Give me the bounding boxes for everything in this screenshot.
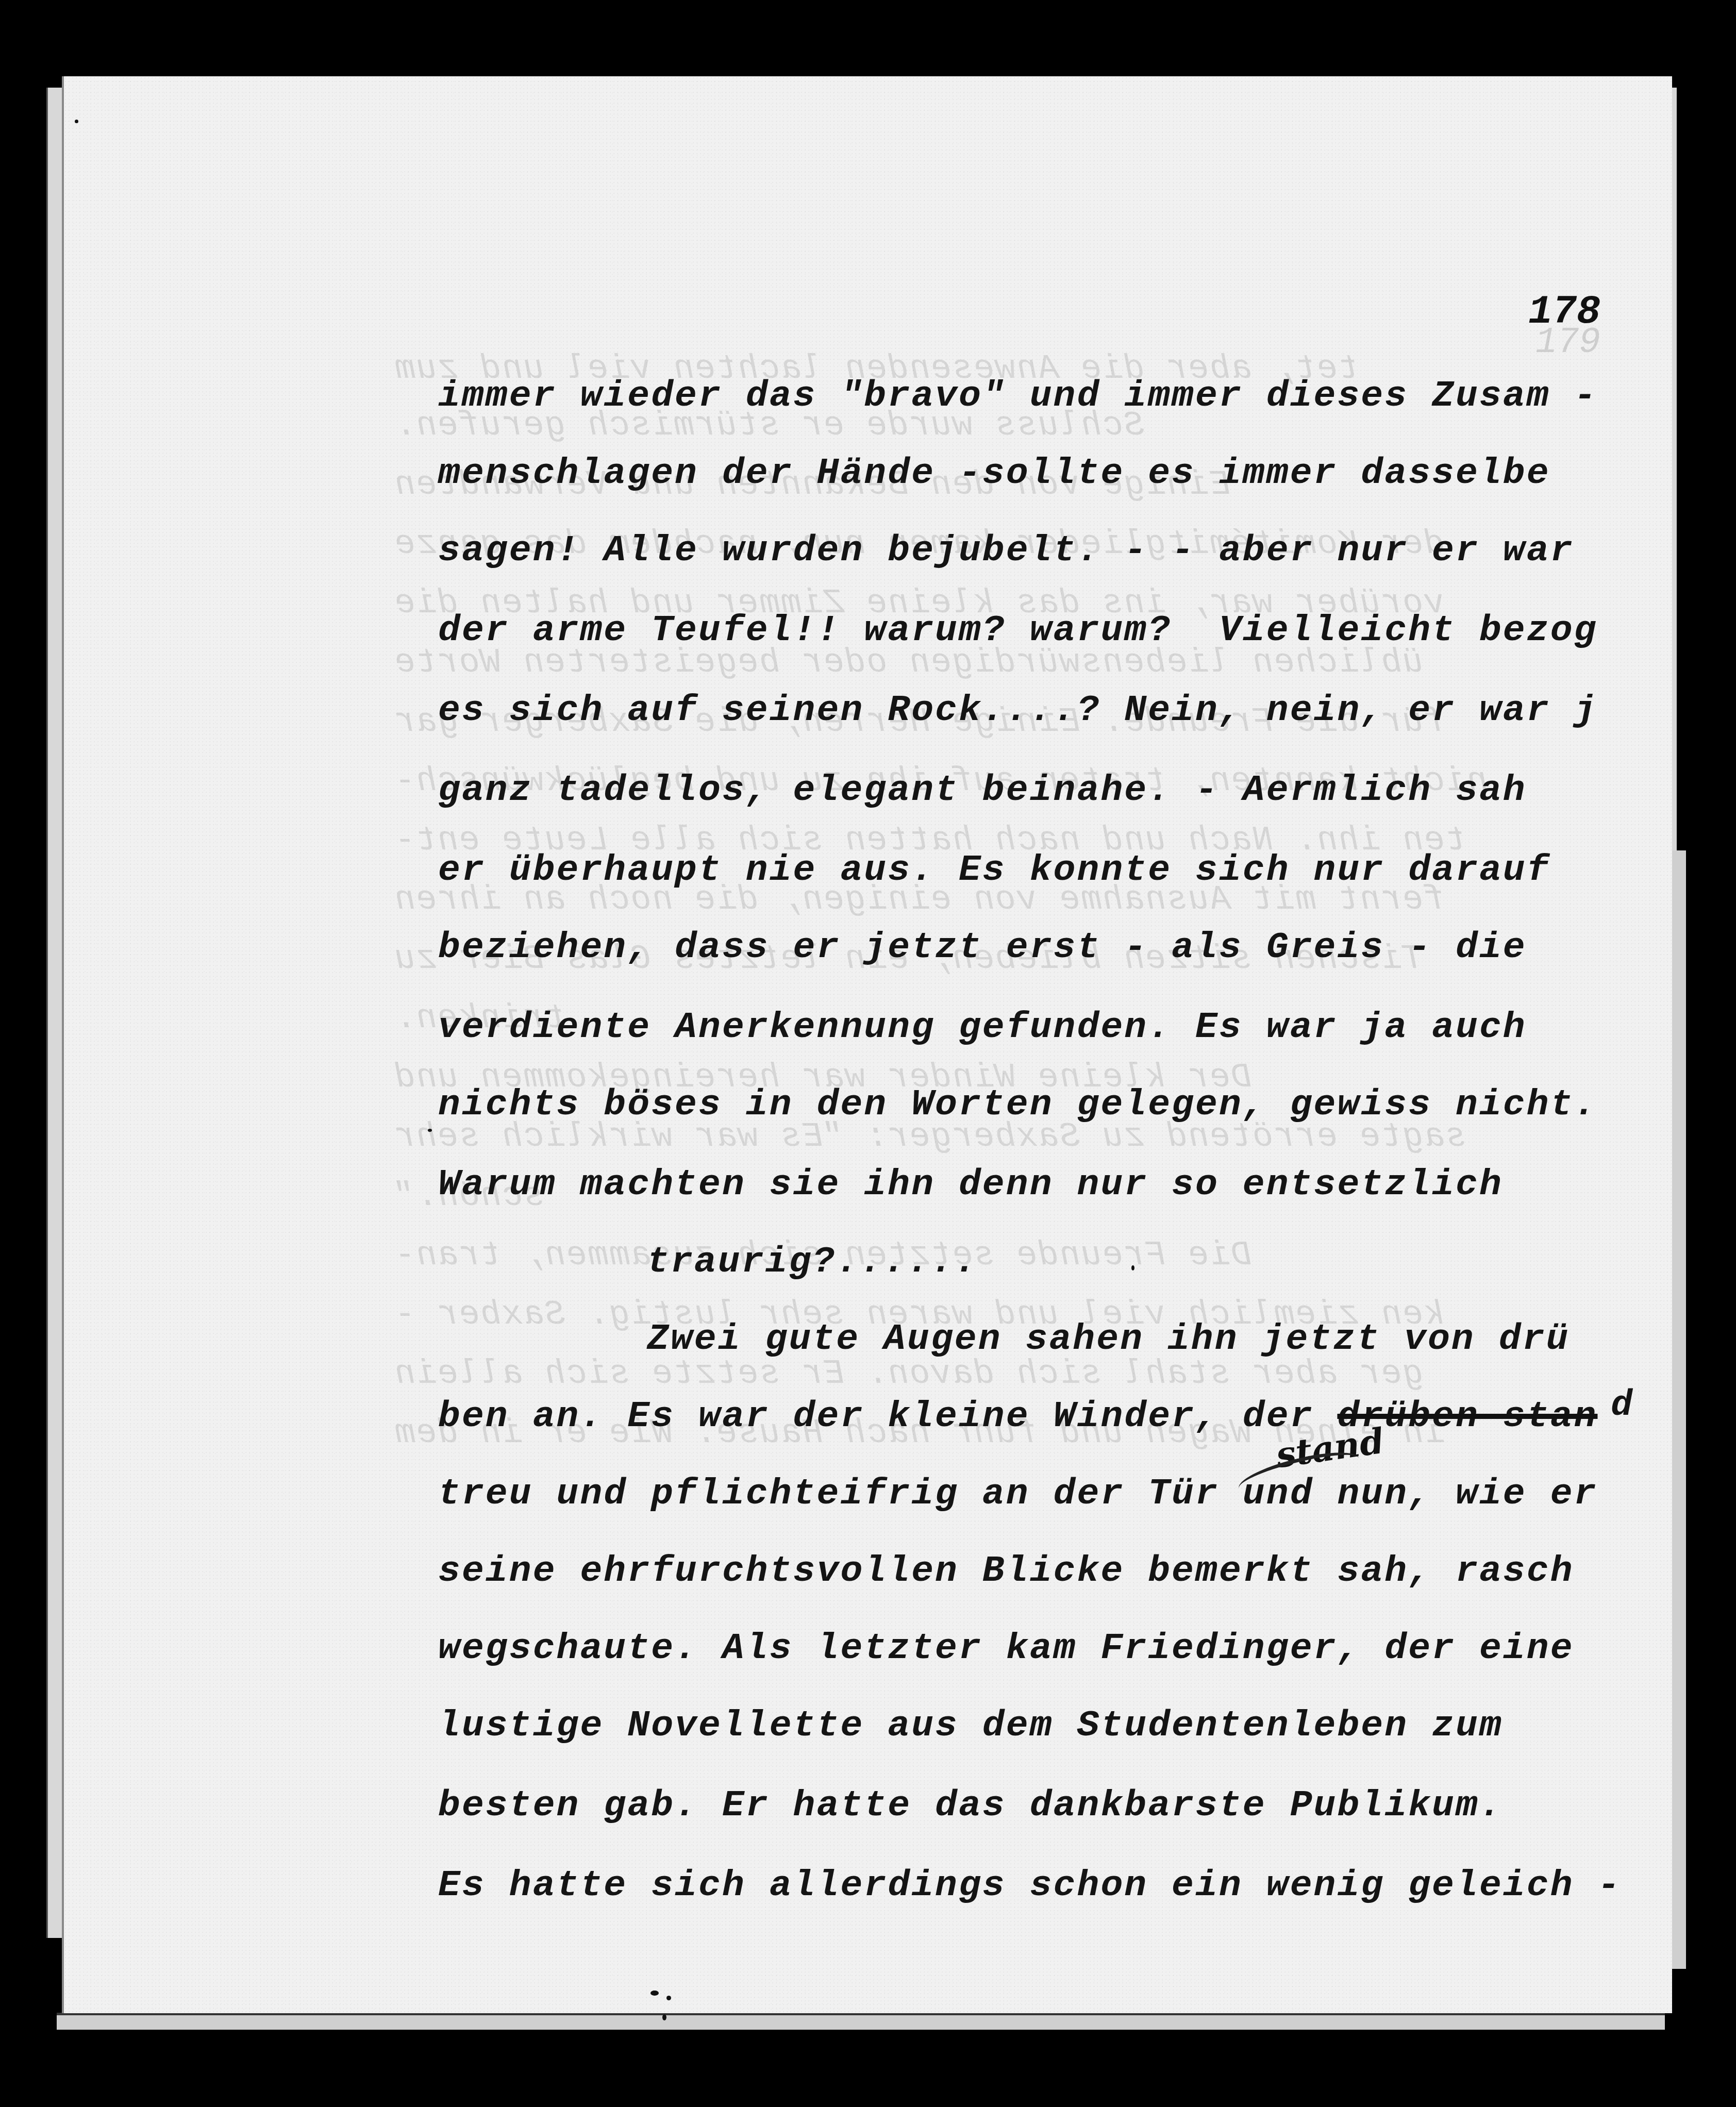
dust-speck <box>428 1129 432 1132</box>
struck-text-tail: d <box>1611 1385 1632 1426</box>
page-bottom-edge <box>57 2013 1665 2030</box>
text-line: beziehen, dass er jetzt erst - als Greis… <box>438 928 1527 968</box>
text-line: wegschaute. Als letzter kam Friedinger, … <box>438 1629 1574 1669</box>
text-segment: ben an. Es war der kleine Winder, der <box>438 1397 1337 1437</box>
text-line: er überhaupt nie aus. Es konnte sich nur… <box>438 850 1550 891</box>
dust-speck <box>75 120 78 123</box>
text-line: besten gab. Er hatte das dankbarste Publ… <box>438 1786 1503 1827</box>
dust-speck <box>662 2014 666 2020</box>
text-line-paragraph-start: Zwei gute Augen sahen ihn jetzt von drü <box>647 1319 1570 1360</box>
dust-speck <box>666 1996 671 2000</box>
page-number: 178 <box>1528 290 1600 335</box>
text-line: treu und pflichteifrig an der Tür und nu… <box>438 1474 1597 1515</box>
text-line: Warum machten sie ihn denn nur so entset… <box>438 1165 1503 1206</box>
dust-speck <box>1131 1265 1134 1270</box>
text-line: lustige Novellette aus dem Studentenlebe… <box>438 1706 1503 1747</box>
text-line: sagen! Alle wurden bejubelt. - - aber nu… <box>438 531 1574 572</box>
text-line: der arme Teufel!! warum? warum? Vielleic… <box>438 611 1597 651</box>
dust-speck <box>650 1991 659 1996</box>
text-line: menschlagen der Hände -sollte es immer d… <box>438 454 1550 494</box>
text-line: ganz tadellos, elegant beinahe. - Aermli… <box>438 771 1527 811</box>
text-line: verdiente Anerkennung gefunden. Es war j… <box>438 1008 1527 1048</box>
text-line: es sich auf seinen Rock....? Nein, nein,… <box>438 691 1597 731</box>
text-line: ben an. Es war der kleine Winder, der dr… <box>438 1397 1597 1437</box>
text-line: seine ehrfurchtsvollen Blicke bemerkt sa… <box>438 1551 1574 1592</box>
bleed-through-line: ger aber stahl sich davon. Er setzte sic… <box>394 1354 1423 1393</box>
text-line: traurig?...... <box>647 1242 978 1283</box>
text-line: immer wieder das "bravo" und immer diese… <box>438 376 1597 417</box>
text-line: nichts böses in den Worten gelegen, gewi… <box>438 1085 1597 1126</box>
text-line: Es hatte sich allerdings schon ein wenig… <box>438 1866 1621 1907</box>
